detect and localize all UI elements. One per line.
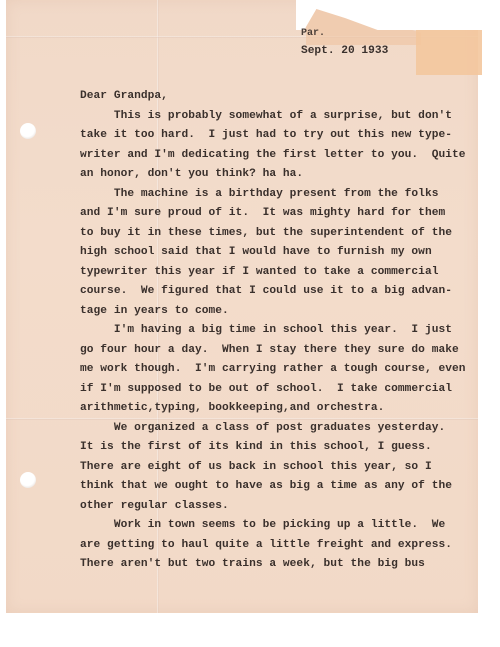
letter-line: writer and I'm dedicating the first lett… — [80, 149, 466, 161]
letter-line: to buy it in these times, but the superi… — [80, 227, 452, 239]
letter-line: if I'm supposed to be out of school. I t… — [80, 383, 452, 395]
letter-date: Sept. 20 1933 — [301, 45, 388, 57]
letter-line: an honor, don't you think? ha ha. — [80, 168, 303, 180]
paper-stain-corner — [416, 30, 482, 75]
letter-line: There are eight of us back in school thi… — [80, 461, 432, 473]
letter-line: high school said that I would have to fu… — [80, 246, 432, 258]
letter-line: and I'm sure proud of it. It was mighty … — [80, 207, 445, 219]
letter-line: tage in years to come. — [80, 305, 229, 317]
letter-line: We organized a class of post graduates y… — [80, 422, 445, 434]
letter-place-fragment: Par. — [301, 28, 325, 39]
salutation: Dear Grandpa, — [80, 90, 168, 102]
letter-line: other regular classes. — [80, 500, 229, 512]
letter-line: course. We figured that I could use it t… — [80, 285, 452, 297]
letter-line: typewriter this year if I wanted to take… — [80, 266, 438, 278]
punch-hole-top — [20, 123, 36, 139]
letter-line: arithmetic,typing, bookkeeping,and orche… — [80, 402, 384, 414]
letter-line: me work though. I'm carrying rather a to… — [80, 363, 466, 375]
letter-body: Dear Grandpa, This is probably somewhat … — [80, 90, 480, 590]
letter-line: go four hour a day. When I stay there th… — [80, 344, 459, 356]
letter-line: This is probably somewhat of a surprise,… — [80, 110, 452, 122]
letter-line: take it too hard. I just had to try out … — [80, 129, 452, 141]
letter-line: It is the first of its kind in this scho… — [80, 441, 432, 453]
punch-hole-bottom — [20, 472, 36, 488]
letter-line: I'm having a big time in school this yea… — [80, 324, 452, 336]
letter-line: are getting to haul quite a little freig… — [80, 539, 452, 551]
letter-line: There aren't but two trains a week, but … — [80, 558, 425, 570]
letter-line: The machine is a birthday present from t… — [80, 188, 438, 200]
letter-line: Work in town seems to be picking up a li… — [80, 519, 445, 531]
letter-line: think that we ought to have as big a tim… — [80, 480, 452, 492]
